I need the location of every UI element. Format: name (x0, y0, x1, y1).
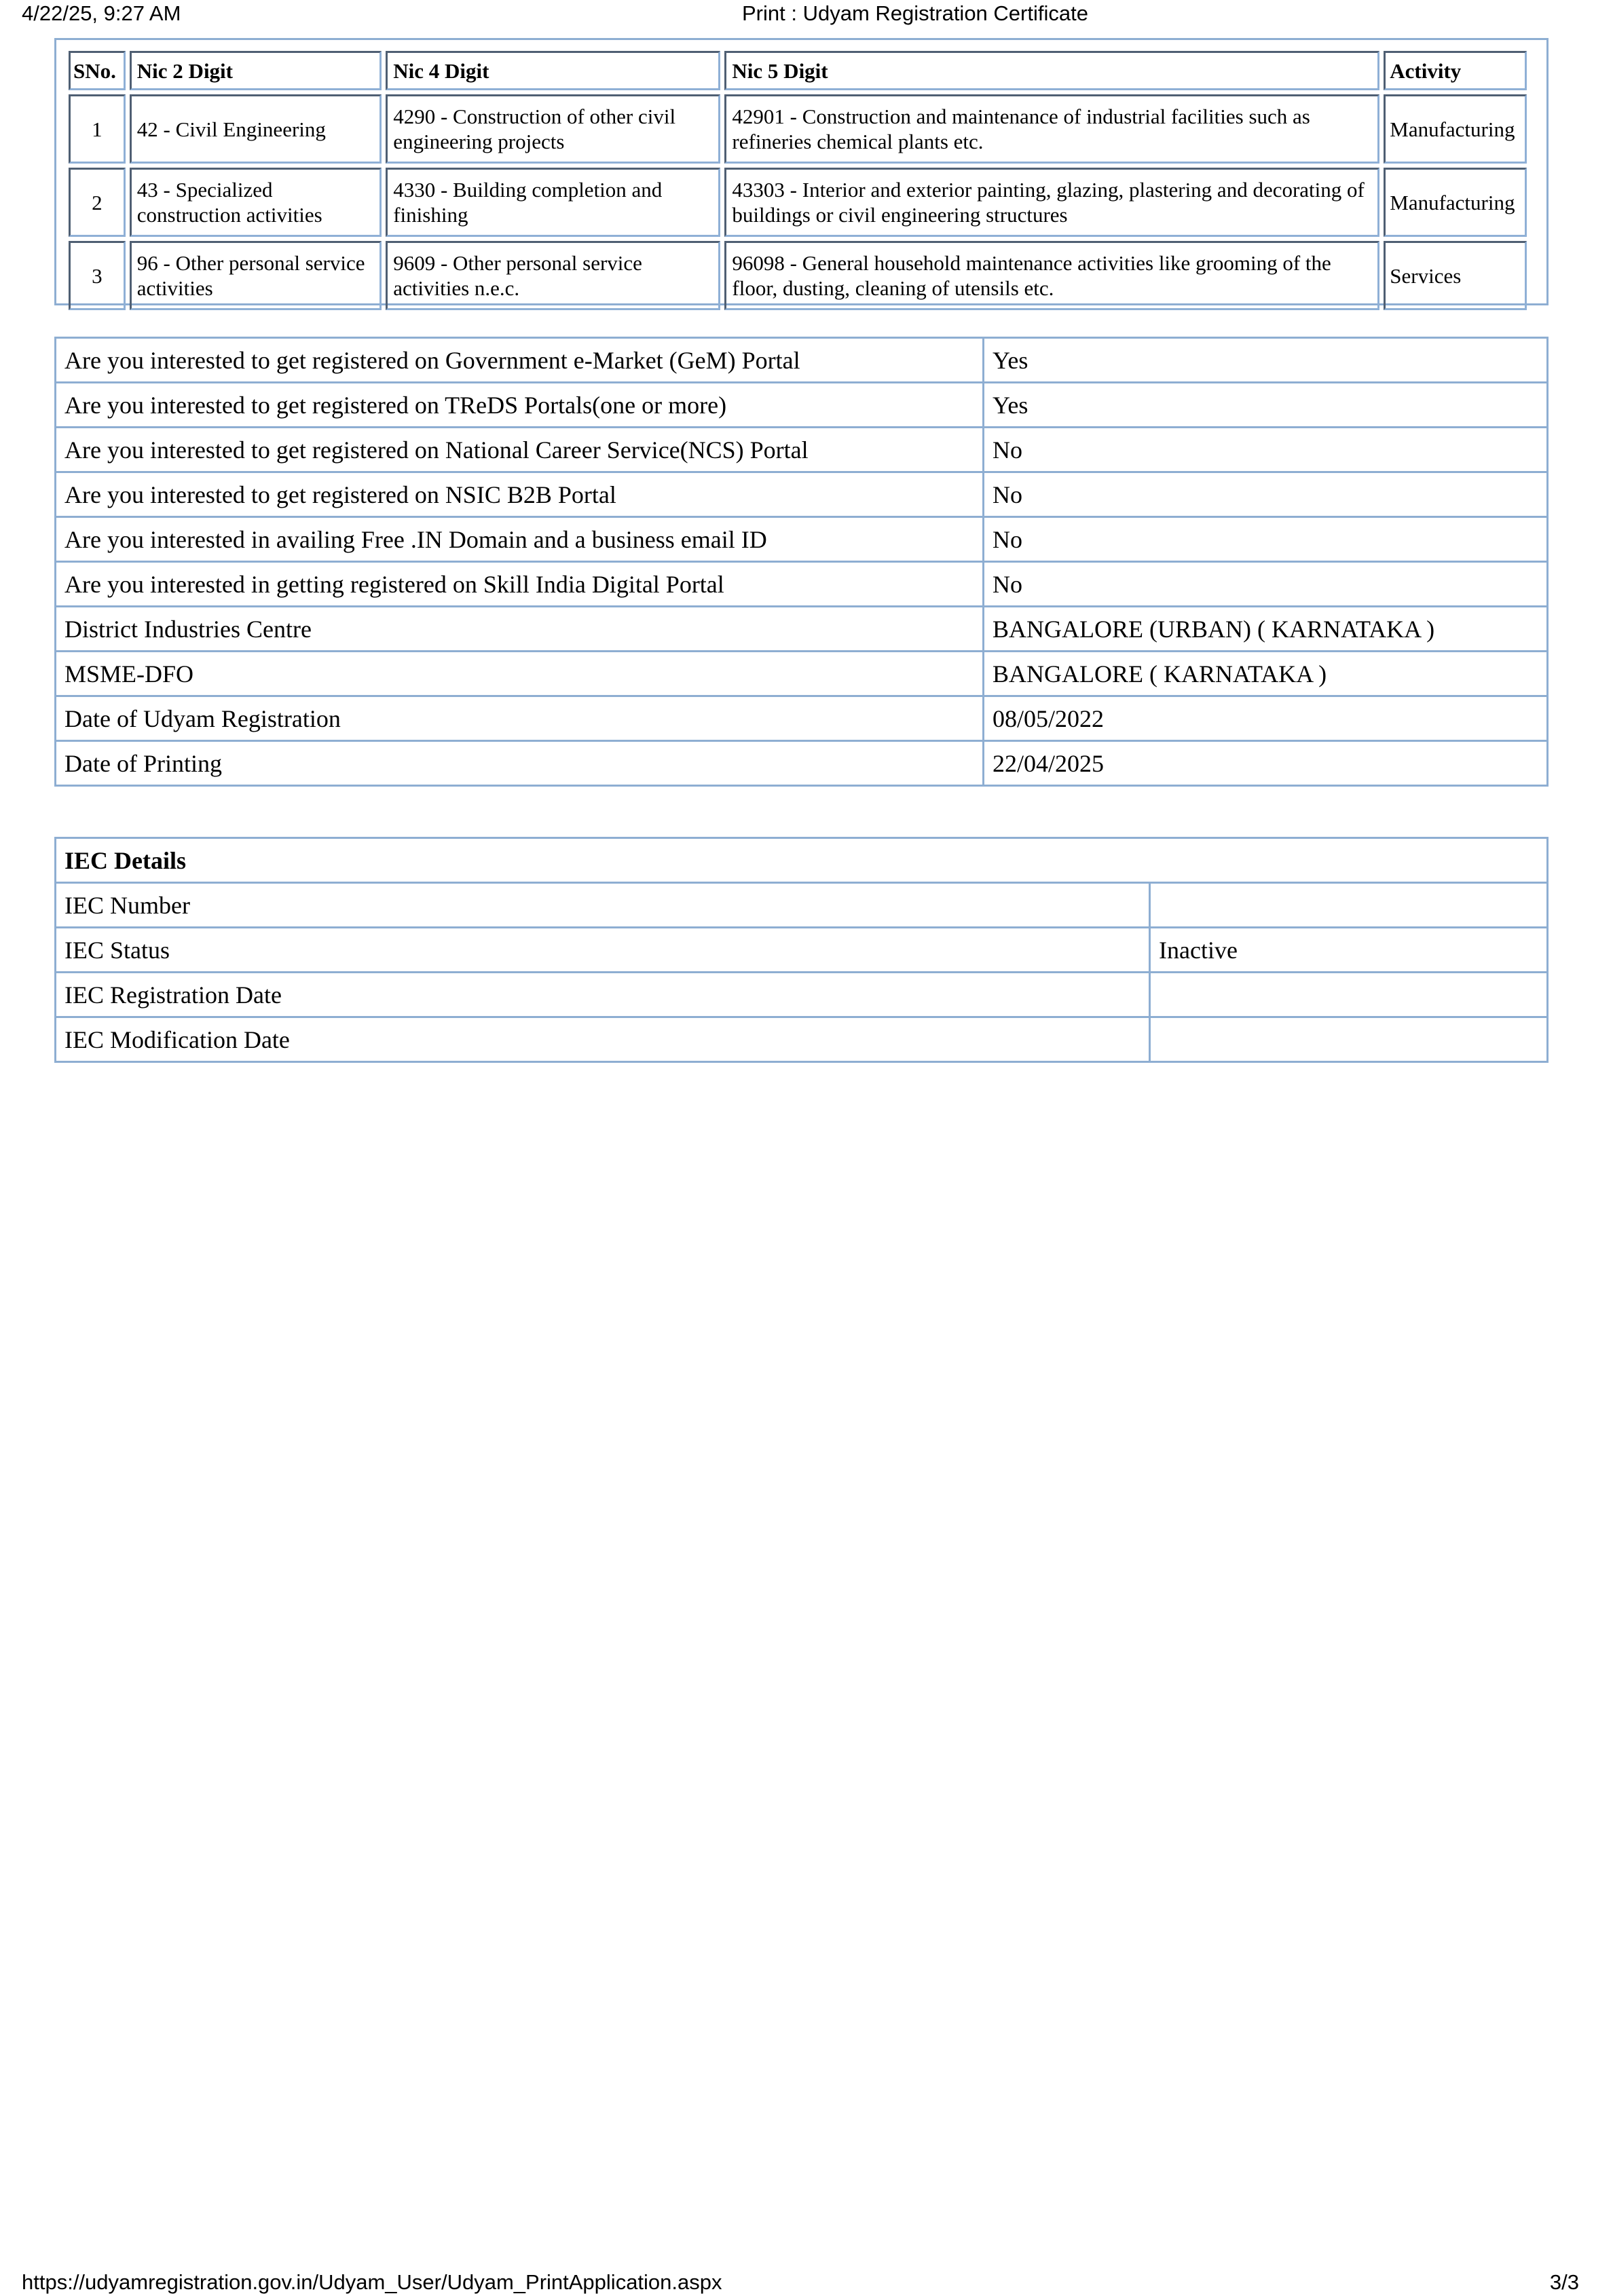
cell-activity: Services (1384, 241, 1527, 310)
iec-row-number: IEC Number (56, 883, 1548, 928)
table-row: 3 96 - Other personal service activities… (69, 241, 1527, 310)
info-row-registration-date: Date of Udyam Registration 08/05/2022 (56, 696, 1548, 741)
info-value: No (984, 517, 1548, 562)
info-row-nsic: Are you interested to get registered on … (56, 472, 1548, 517)
registration-info-table: Are you interested to get registered on … (54, 337, 1549, 787)
info-label: Are you interested in getting registered… (56, 562, 984, 607)
iec-details-table: IEC Details IEC Number IEC Status Inacti… (54, 837, 1549, 1063)
cell-nic5: 96098 - General household maintenance ac… (724, 241, 1379, 310)
column-header-nic2: Nic 2 Digit (130, 51, 382, 90)
info-row-treds: Are you interested to get registered on … (56, 383, 1548, 428)
table-header-row: SNo. Nic 2 Digit Nic 4 Digit Nic 5 Digit… (69, 51, 1527, 90)
info-row-msme-dfo: MSME-DFO BANGALORE ( KARNATAKA ) (56, 652, 1548, 696)
info-label: Are you interested to get registered on … (56, 472, 984, 517)
iec-value (1150, 973, 1548, 1017)
iec-label: IEC Status (56, 928, 1150, 973)
page-url: https://udyamregistration.gov.in/Udyam_U… (22, 2269, 722, 2296)
iec-row-status: IEC Status Inactive (56, 928, 1548, 973)
info-row-domain: Are you interested in availing Free .IN … (56, 517, 1548, 562)
info-row-gem: Are you interested to get registered on … (56, 338, 1548, 383)
cell-nic2: 96 - Other personal service activities (130, 241, 382, 310)
column-header-sno: SNo. (69, 51, 126, 90)
info-value: Yes (984, 338, 1548, 383)
info-label: Date of Printing (56, 741, 984, 786)
nic-activity-section: SNo. Nic 2 Digit Nic 4 Digit Nic 5 Digit… (54, 38, 1549, 305)
table-row: 2 43 - Specialized construction activiti… (69, 168, 1527, 237)
column-header-activity: Activity (1384, 51, 1527, 90)
print-footer: https://udyamregistration.gov.in/Udyam_U… (0, 2269, 1613, 2296)
info-value: No (984, 428, 1548, 472)
info-value: Yes (984, 383, 1548, 428)
iec-value (1150, 1017, 1548, 1062)
iec-section-title: IEC Details (56, 838, 1548, 883)
info-label: Are you interested to get registered on … (56, 338, 984, 383)
table-row: 1 42 - Civil Engineering 4290 - Construc… (69, 94, 1527, 164)
info-row-dic: District Industries Centre BANGALORE (UR… (56, 607, 1548, 652)
iec-header-row: IEC Details (56, 838, 1548, 883)
iec-label: IEC Registration Date (56, 973, 1150, 1017)
info-value: BANGALORE (URBAN) ( KARNATAKA ) (984, 607, 1548, 652)
cell-activity: Manufacturing (1384, 94, 1527, 164)
info-value: BANGALORE ( KARNATAKA ) (984, 652, 1548, 696)
iec-row-registration-date: IEC Registration Date (56, 973, 1548, 1017)
info-label: District Industries Centre (56, 607, 984, 652)
iec-label: IEC Number (56, 883, 1150, 928)
info-value: 08/05/2022 (984, 696, 1548, 741)
print-datetime: 4/22/25, 9:27 AM (22, 0, 181, 27)
info-label: Are you interested to get registered on … (56, 428, 984, 472)
info-label: Are you interested to get registered on … (56, 383, 984, 428)
iec-value (1150, 883, 1548, 928)
cell-nic4: 9609 - Other personal service activities… (386, 241, 720, 310)
info-label: MSME-DFO (56, 652, 984, 696)
cell-sno: 1 (69, 94, 126, 164)
cell-sno: 2 (69, 168, 126, 237)
cell-nic4: 4290 - Construction of other civil engin… (386, 94, 720, 164)
info-row-printing-date: Date of Printing 22/04/2025 (56, 741, 1548, 786)
info-value: No (984, 562, 1548, 607)
print-header: 4/22/25, 9:27 AM Print : Udyam Registrat… (0, 0, 1613, 27)
cell-nic2: 42 - Civil Engineering (130, 94, 382, 164)
cell-nic2: 43 - Specialized construction activities (130, 168, 382, 237)
iec-label: IEC Modification Date (56, 1017, 1150, 1062)
nic-codes-table: SNo. Nic 2 Digit Nic 4 Digit Nic 5 Digit… (64, 47, 1531, 314)
column-header-nic5: Nic 5 Digit (724, 51, 1379, 90)
iec-status-value: Inactive (1150, 928, 1548, 973)
cell-activity: Manufacturing (1384, 168, 1527, 237)
column-header-nic4: Nic 4 Digit (386, 51, 720, 90)
print-page-title: Print : Udyam Registration Certificate (742, 0, 1088, 27)
page-number: 3/3 (1550, 2269, 1579, 2296)
iec-row-modification-date: IEC Modification Date (56, 1017, 1548, 1062)
cell-nic4: 4330 - Building completion and finishing (386, 168, 720, 237)
info-value: 22/04/2025 (984, 741, 1548, 786)
cell-nic5: 42901 - Construction and maintenance of … (724, 94, 1379, 164)
info-label: Date of Udyam Registration (56, 696, 984, 741)
cell-nic5: 43303 - Interior and exterior painting, … (724, 168, 1379, 237)
info-row-skill-india: Are you interested in getting registered… (56, 562, 1548, 607)
info-label: Are you interested in availing Free .IN … (56, 517, 984, 562)
cell-sno: 3 (69, 241, 126, 310)
info-row-ncs: Are you interested to get registered on … (56, 428, 1548, 472)
info-value: No (984, 472, 1548, 517)
